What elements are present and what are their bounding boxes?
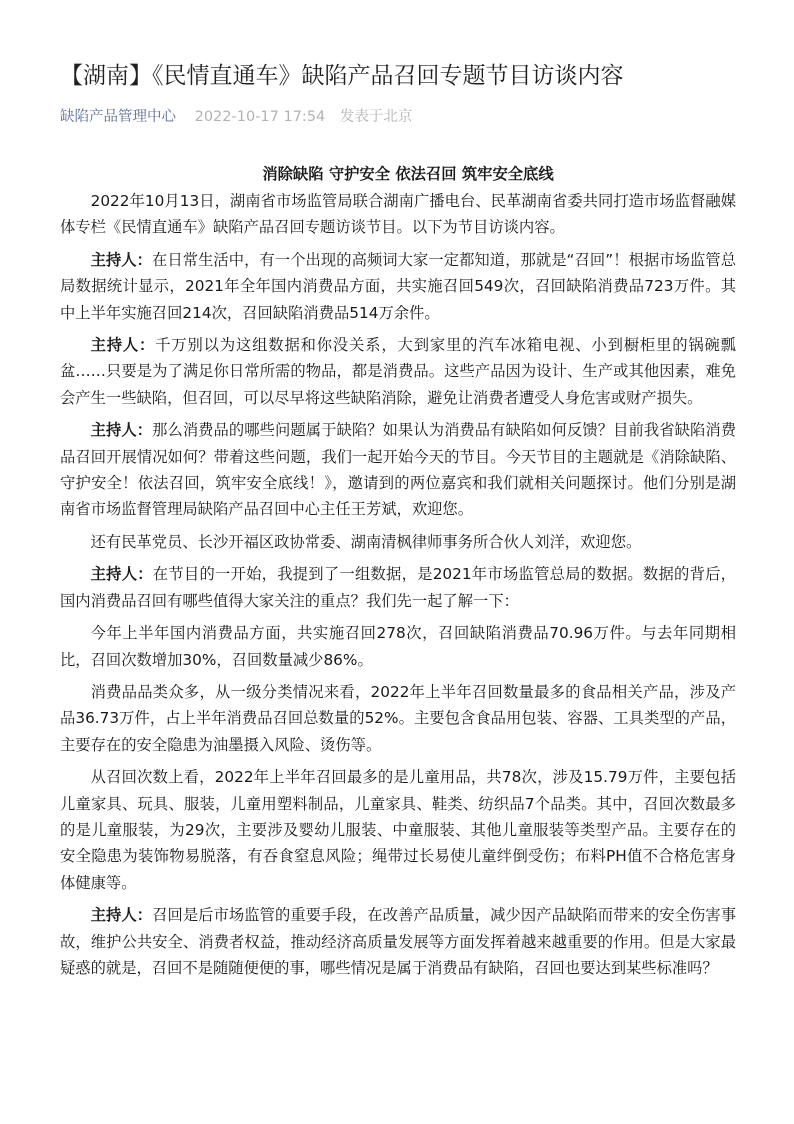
paragraph: 主持人：在日常生活中，有一个出现的高频词大家一定都知道，那就是“召回”！根据市场… — [60, 247, 736, 326]
paragraph-text: 今年上半年国内消费品方面，共实施召回278次，召回缺陷消费品70.96万件。与去… — [60, 624, 736, 668]
paragraph: 主持人：那么消费品的哪些问题属于缺陷？如果认为消费品有缺陷如何反馈？目前我省缺陷… — [60, 417, 736, 523]
paragraph-text: 召回是后市场监管的重要手段，在改善产品质量，减少因产品缺陷而带来的安全伤害事故，… — [60, 906, 736, 977]
speaker-label: 主持人： — [91, 336, 156, 354]
paragraph: 主持人：召回是后市场监管的重要手段，在改善产品质量，减少因产品缺陷而带来的安全伤… — [60, 902, 736, 981]
paragraph: 今年上半年国内消费品方面，共实施召回278次，召回缺陷消费品70.96万件。与去… — [60, 620, 736, 673]
paragraph-text: 千万别以为这组数据和你没关系，大到家里的汽车冰箱电视、小到橱柜里的锅碗瓢盆……只… — [60, 336, 736, 407]
article-subtitle: 消除缺陷 守护安全 依法召回 筑牢安全底线 — [60, 160, 736, 188]
paragraph-text: 从召回次数上看，2022年上半年召回最多的是儿童用品，共78次，涉及15.79万… — [60, 768, 736, 892]
speaker-label: 主持人： — [91, 251, 152, 269]
author-link[interactable]: 缺陷产品管理中心 — [60, 109, 176, 125]
publish-datetime: 2022-10-17 17:54 — [195, 109, 326, 125]
article-title: 【湖南】《民情直通车》缺陷产品召回专题节目访谈内容 — [60, 60, 624, 92]
article-meta: 缺陷产品管理中心 2022-10-17 17:54 发表于北京 — [60, 106, 412, 128]
paragraph: 2022年10月13日，湖南省市场监管局联合湖南广播电台、民革湖南省委共同打造市… — [60, 188, 736, 241]
paragraph-text: 在节目的一开始，我提到了一组数据，是2021年市场监管总局的数据。数据的背后，国… — [60, 565, 736, 609]
article-body: 消除缺陷 守护安全 依法召回 筑牢安全底线 2022年10月13日，湖南省市场监… — [60, 160, 736, 987]
paragraph: 主持人：在节目的一开始，我提到了一组数据，是2021年市场监管总局的数据。数据的… — [60, 561, 736, 614]
paragraph-text: 那么消费品的哪些问题属于缺陷？如果认为消费品有缺陷如何反馈？目前我省缺陷消费品召… — [60, 421, 736, 518]
speaker-label: 主持人： — [91, 906, 152, 924]
paragraph: 从召回次数上看，2022年上半年召回最多的是儿童用品，共78次，涉及15.79万… — [60, 764, 736, 896]
speaker-label: 主持人： — [91, 421, 152, 439]
paragraph-text: 2022年10月13日，湖南省市场监管局联合湖南广播电台、民革湖南省委共同打造市… — [60, 192, 736, 236]
article-page: 【湖南】《民情直通车》缺陷产品召回专题节目访谈内容 缺陷产品管理中心 2022-… — [0, 0, 794, 1124]
paragraph: 消费品品类众多，从一级分类情况来看，2022年上半年召回数量最多的食品相关产品，… — [60, 679, 736, 758]
publish-location: 发表于北京 — [340, 109, 413, 125]
speaker-label: 主持人： — [91, 565, 153, 583]
paragraph-text: 还有民革党员、长沙开福区政协常委、湖南清枫律师事务所合伙人刘洋，欢迎您。 — [91, 533, 642, 551]
paragraph-text: 在日常生活中，有一个出现的高频词大家一定都知道，那就是“召回”！根据市场监管总局… — [60, 251, 736, 322]
paragraph-text: 消费品品类众多，从一级分类情况来看，2022年上半年召回数量最多的食品相关产品，… — [60, 683, 736, 754]
paragraph: 主持人：千万别以为这组数据和你没关系，大到家里的汽车冰箱电视、小到橱柜里的锅碗瓢… — [60, 332, 736, 411]
paragraph: 还有民革党员、长沙开福区政协常委、湖南清枫律师事务所合伙人刘洋，欢迎您。 — [60, 529, 736, 555]
